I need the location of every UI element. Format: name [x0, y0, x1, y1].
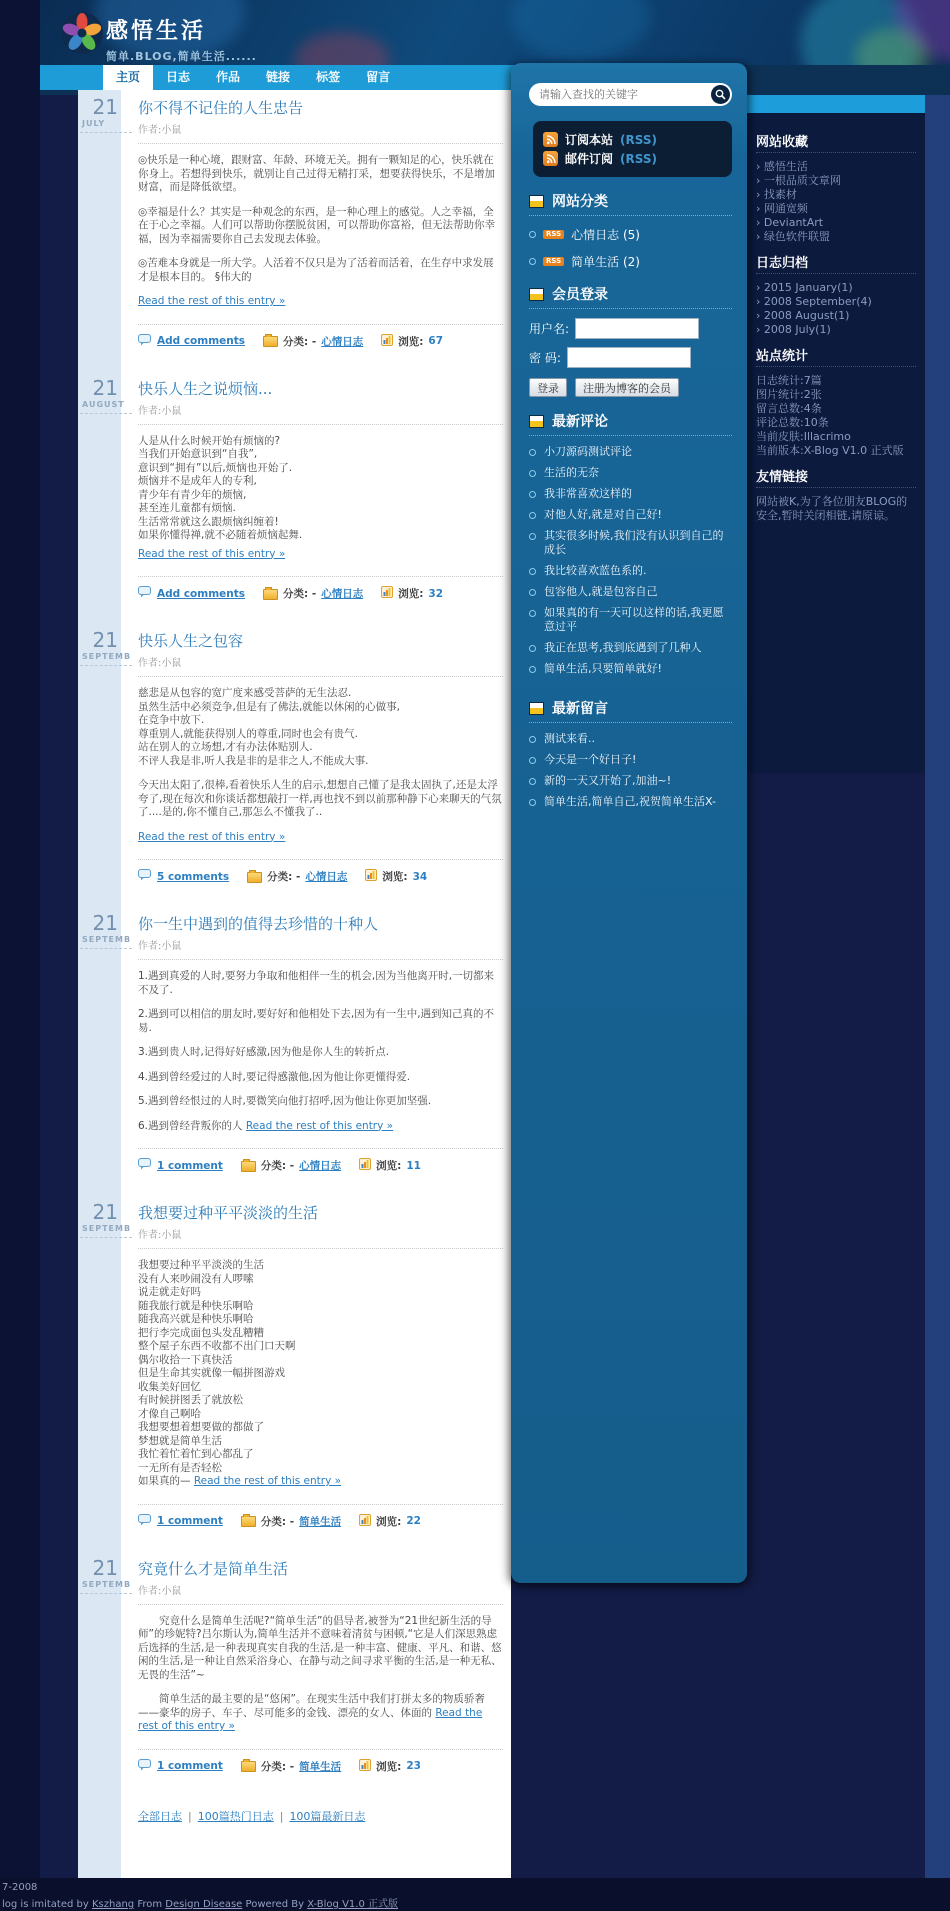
post-line: 虽然生活中必须竞争,但是有了佛法,就能以休闲的心做事, [138, 701, 503, 715]
register-button[interactable]: 注册为博客的会员 [575, 378, 679, 397]
post-line: 整个屋子东西不收都不出门口天啊 [138, 1340, 503, 1354]
views-count: 23 [406, 1760, 421, 1772]
comment-bubble-icon [138, 334, 152, 349]
all-posts-link[interactable]: 全部日志 [138, 1810, 182, 1823]
rss-badge[interactable]: RSS [543, 230, 564, 239]
post-line: 我想要过种平平淡淡的生活 [138, 1259, 503, 1273]
post-line: 烦恼并不是成年人的专利, [138, 475, 503, 489]
footer-year: 7-2008 [0, 1878, 950, 1893]
post-month: SEPTEMB [80, 1579, 132, 1594]
archive-link[interactable]: 2008 August(1) [756, 309, 916, 323]
recent-comment-item: 对他人好,就是对自己好! [529, 508, 732, 522]
posts-column: 21 JULY 你不得不记住的人生忠告 作者:小鼠 ◎快乐是一种心境，跟财富、年… [78, 90, 511, 1878]
meta-separator [138, 859, 503, 860]
section-divider [756, 273, 916, 274]
views-icon [359, 1514, 371, 1529]
blog-post: 21 SEPTEMB 你一生中遇到的值得去珍惜的十种人 作者:小鼠 1.遇到真爱… [138, 914, 503, 1173]
recent-comment-link[interactable]: 我非常喜欢这样的 [544, 487, 632, 501]
footer-author-link[interactable]: Kszhang [92, 1899, 134, 1910]
favorite-link[interactable]: 找素材 [756, 188, 916, 202]
comment-bubble-icon [138, 1158, 152, 1173]
views-label: 浏览: [376, 1759, 401, 1774]
folder-icon [263, 336, 278, 347]
post-line-prefix: 简单生活的最主要的是“悠闲”。在现实生活中我们打拼太多的物质骄奢——豪华的房子、… [138, 1693, 485, 1719]
category-label: 分类: - [267, 869, 300, 884]
views-icon [381, 334, 393, 349]
comments-link[interactable]: 1 comment [157, 1760, 223, 1772]
section-title: 友情链接 [756, 466, 916, 485]
post-title-link[interactable]: 你不得不记住的人生忠告 [138, 99, 303, 117]
bottom-links: 全部日志|100篇热门日志|100篇最新日志 [138, 1808, 503, 1824]
views-count: 11 [406, 1160, 421, 1172]
post-line: 尊重别人,就能获得别人的尊重,同时也会有贵气. [138, 728, 503, 742]
post-day: 21 [80, 377, 132, 399]
views-icon [359, 1158, 371, 1173]
section-divider [529, 722, 732, 723]
post-title-link[interactable]: 究竟什么才是简单生活 [138, 1560, 288, 1578]
post-month: SEPTEMB [80, 651, 132, 666]
post-line: 人是从什么时候开始有烦恼的? [138, 435, 503, 449]
views-count: 67 [428, 335, 443, 347]
subscribe-mail-link[interactable]: 邮件订阅 [565, 150, 613, 167]
recent-comment-link[interactable]: 其实很多时候,我们没有认识到自己的成长 [544, 529, 732, 557]
read-more-link[interactable]: Read the rest of this entry » [138, 295, 285, 307]
folder-icon [263, 589, 278, 600]
post-line: 生活常常就这么跟烦恼纠缠着! [138, 516, 503, 530]
favorite-link[interactable]: DeviantArt [756, 216, 916, 230]
nav-tab-links[interactable]: 链接 [253, 65, 303, 90]
login-section: 会员登录 用户名: 密 码: 登录 注册为博客的会员 [529, 284, 732, 397]
category-link[interactable]: 心情日志 [321, 586, 363, 601]
recent-message-link[interactable]: 新的一天又开始了,加油~! [544, 774, 671, 788]
post-body: 我想要过种平平淡淡的生活 没有人来吵闹没有人啰嗦 说走就走好吗 随我旅行就是种快… [138, 1259, 503, 1489]
post-title-link[interactable]: 快乐人生之包容 [138, 632, 243, 650]
site-identity: 感悟生活 简单.BLOG,简单生活...... [106, 14, 257, 64]
recent-message-item: 新的一天又开始了,加油~! [529, 774, 732, 788]
categories-section: 网站分类 RSS 心情日志 (5) RSS 简单生活 (2) [529, 191, 732, 270]
post-month: SEPTEMB [80, 1223, 132, 1238]
link-separator: | [280, 1810, 284, 1823]
views-count: 32 [428, 588, 443, 600]
rss-feed-icon [543, 151, 558, 166]
post-list-item: 6.遇到曾经背叛你的人 Read the rest of this entry … [138, 1120, 503, 1134]
middle-sidebar: 订阅本站 (RSS) 邮件订阅 (RSS) 网站分类 RSS 心情日志 (5) … [511, 63, 747, 1583]
post-meta: 1 comment 分类: - 心情日志 浏览: 11 [138, 1158, 503, 1173]
nav-tab-guestbook[interactable]: 留言 [353, 65, 403, 90]
category-link[interactable]: 简单生活 [299, 1759, 341, 1774]
archive-link[interactable]: 2008 July(1) [756, 323, 916, 337]
post-line: 有时候拼图丢了就放松 [138, 1394, 503, 1408]
post-line: 随我旅行就是种快乐啊哈 [138, 1300, 503, 1314]
section-divider [529, 435, 732, 436]
bullet-icon [529, 610, 536, 617]
post-line: 才像自己啊哈 [138, 1408, 503, 1422]
section-icon [529, 702, 544, 715]
stat-line: 当前版本:X-Blog V1.0 正式版 [756, 444, 916, 458]
read-more-link[interactable]: Read the rest of this entry » [246, 1120, 393, 1132]
views-label: 浏览: [376, 1514, 401, 1529]
post-month: AUGUST [80, 399, 132, 414]
nav-tab-posts[interactable]: 日志 [153, 65, 203, 90]
post-line: 不评人我是非,听人我是非的是非之人,不能成大事. [138, 755, 503, 769]
category-label: 分类: - [283, 586, 316, 601]
post-line: 意识到“拥有”以后,烦恼也开始了. [138, 462, 503, 476]
recent-message-item: 测试来看.. [529, 732, 732, 746]
archive-link[interactable]: 2008 September(4) [756, 295, 916, 309]
section-icon [529, 288, 544, 301]
bullet-icon [529, 778, 536, 785]
views-label: 浏览: [398, 334, 423, 349]
post-author: 作者:小鼠 [138, 1223, 503, 1249]
category-item: RSS 简单生活 (2) [529, 253, 732, 270]
password-field[interactable] [567, 347, 691, 368]
views-label: 浏览: [398, 586, 423, 601]
post-month: JULY [80, 118, 132, 133]
recent-message-link[interactable]: 简单生活,简单自己,祝贺简单生活X- [544, 795, 716, 809]
post-line: 慈悲是从包容的宽广度来感受菩萨的无生法忍. [138, 687, 503, 701]
post-day: 21 [80, 1557, 132, 1579]
bullet-icon [529, 449, 536, 456]
favorites-section: 网站收藏 感悟生活 一根品质文章网 找素材 网通宽频 DeviantArt 绿色… [756, 131, 916, 244]
recent-comment-link[interactable]: 生活的无奈 [544, 466, 599, 480]
bullet-icon [529, 666, 536, 673]
recent-message-item: 今天是一个好日子! [529, 753, 732, 767]
post-month: SEPTEMB [80, 934, 132, 949]
section-title: 站点统计 [756, 345, 916, 364]
site-title: 感悟生活 [106, 14, 257, 45]
read-more-link[interactable]: Read the rest of this entry » [138, 548, 285, 560]
views-icon [381, 586, 393, 601]
stat-line: 日志统计:7篇 [756, 374, 916, 388]
post-line-prefix: 如果真的— [138, 1475, 194, 1487]
nav-tab-home[interactable]: 主页 [103, 65, 153, 90]
category-label: 分类: - [283, 334, 316, 349]
password-label: 密 码: [529, 349, 561, 366]
post-paragraph: ◎苦难本身就是一所大学。人活着不仅只是为了活着而活着，在生存中求发展才是根本目的… [138, 257, 503, 284]
recent-comment-item: 我比较喜欢蓝色系的. [529, 564, 732, 578]
section-title: 最新评论 [552, 411, 608, 431]
post-date: 21 JULY [80, 96, 132, 133]
post-line: 一无所有是否轻松 [138, 1462, 503, 1476]
right-sidebar: 网站收藏 感悟生活 一根品质文章网 找素材 网通宽频 DeviantArt 绿色… [747, 113, 925, 773]
comment-bubble-icon [138, 1759, 152, 1774]
archives-section: 日志归档 2015 January(1) 2008 September(4) 2… [756, 252, 916, 337]
category-link[interactable]: 心情日志 [299, 1158, 341, 1173]
post-meta: 5 comments 分类: - 心情日志 浏览: 34 [138, 869, 503, 884]
hot-posts-link[interactable]: 100篇热门日志 [198, 1810, 274, 1823]
section-title: 网站分类 [552, 191, 608, 211]
rss-suffix: (RSS) [620, 152, 657, 166]
section-title: 最新留言 [552, 698, 608, 718]
section-divider [756, 366, 916, 367]
recent-comment-link[interactable]: 对他人好,就是对自己好! [544, 508, 662, 522]
friend-links-section: 友情链接 网站被K,为了各位朋友BLOG的安全,暂时关闭相链,请原谅。 [756, 466, 916, 523]
category-item: RSS 心情日志 (5) [529, 226, 732, 243]
post-list-item: 4.遇到曾经爱过的人时,要记得感激他,因为他让你更懂得爱. [138, 1071, 503, 1085]
rss-badge[interactable]: RSS [543, 257, 564, 266]
post-list-item: 2.遇到可以相信的朋友时,要好好和他相处下去,因为有一生中,遇到知己真的不易. [138, 1008, 503, 1035]
footer-design-link[interactable]: Design Disease [165, 1899, 242, 1910]
recent-comment-link[interactable]: 简单生活,只要简单就好! [544, 662, 662, 676]
login-button[interactable]: 登录 [529, 378, 567, 397]
meta-separator [138, 1504, 503, 1505]
section-title: 会员登录 [552, 284, 608, 304]
blog-post: 21 AUGUST 快乐人生之说烦恼... 作者:小鼠 人是从什么时候开始有烦恼… [138, 379, 503, 602]
recent-comment-link[interactable]: 小刀源码测试评论 [544, 445, 632, 459]
footer-engine-link[interactable]: X-Blog V1.0 正式版 [307, 1899, 398, 1910]
nav-spacer [40, 65, 103, 90]
comment-bubble-icon [138, 869, 152, 884]
nav-tab-works[interactable]: 作品 [203, 65, 253, 90]
section-divider [529, 308, 732, 309]
views-icon [365, 869, 377, 884]
post-line: 我想要想着想要做的都做了 [138, 1421, 503, 1435]
post-title-link[interactable]: 快乐人生之说烦恼... [138, 380, 272, 398]
post-date: 21 AUGUST [80, 377, 132, 414]
favorite-link[interactable]: 绿色软件联盟 [756, 230, 916, 244]
post-line: 6.遇到曾经背叛你的人 [138, 1120, 246, 1132]
meta-separator [138, 1749, 503, 1750]
recent-comment-item: 我正在思考,我到底遇到了几种人 [529, 641, 732, 655]
recent-comment-link[interactable]: 如果真的有一天可以这样的话,我更愿意过平 [544, 606, 732, 634]
decorative-swirl [295, 32, 390, 65]
section-divider [756, 152, 916, 153]
footer-credit-text: log is imitated by [2, 1899, 92, 1910]
post-day: 21 [80, 629, 132, 651]
recent-comment-item: 生活的无奈 [529, 466, 732, 480]
section-divider [756, 487, 916, 488]
bullet-icon [529, 258, 536, 265]
post-title-link[interactable]: 你一生中遇到的值得去珍惜的十种人 [138, 915, 378, 933]
decorative-swirl [510, 0, 650, 60]
bullet-icon [529, 231, 536, 238]
recent-message-item: 简单生活,简单自己,祝贺简单生活X- [529, 795, 732, 809]
views-count: 34 [413, 871, 428, 883]
meta-separator [138, 1148, 503, 1149]
recent-comment-item: 其实很多时候,我们没有认识到自己的成长 [529, 529, 732, 557]
views-label: 浏览: [382, 869, 407, 884]
post-line: 没有人来吵闹没有人啰嗦 [138, 1273, 503, 1287]
category-label: 分类: - [261, 1514, 294, 1529]
bullet-icon [529, 568, 536, 575]
subscribe-box: 订阅本站 (RSS) 邮件订阅 (RSS) [533, 121, 732, 177]
post-line: 说走就走好吗 [138, 1286, 503, 1300]
post-paragraph: 究竟什么是简单生活呢?“简单生活”的倡导者,被誉为“21世纪新生活的导师”的珍妮… [138, 1615, 503, 1683]
page-footer: 7-2008 log is imitated by Kszhang From D… [0, 1878, 950, 1911]
section-icon [529, 195, 544, 208]
folder-icon [241, 1761, 256, 1772]
post-date: 21 SEPTEMB [80, 629, 132, 666]
right-edge-strip [925, 95, 950, 1878]
meta-separator [138, 324, 503, 325]
category-item-link[interactable]: 简单生活 (2) [571, 253, 640, 270]
post-meta: 1 comment 分类: - 简单生活 浏览: 22 [138, 1514, 503, 1529]
views-count: 22 [406, 1515, 421, 1527]
post-title-link[interactable]: 我想要过种平平淡淡的生活 [138, 1204, 318, 1222]
blog-post: 21 SEPTEMB 我想要过种平平淡淡的生活 作者:小鼠 我想要过种平平淡淡的… [138, 1203, 503, 1529]
bullet-icon [529, 799, 536, 806]
footer-credit-text: From [134, 1899, 165, 1910]
recent-messages-section: 最新留言 测试来看.. 今天是一个好日子! 新的一天又开始了,加油~! 简单生活… [529, 698, 732, 809]
meta-separator [138, 576, 503, 577]
post-line: 如果你懂得禅,就不必随着烦恼起舞. [138, 529, 503, 543]
recent-comment-item: 小刀源码测试评论 [529, 445, 732, 459]
post-body: 人是从什么时候开始有烦恼的? 当我们开始意识到“自我”, 意识到“拥有”以后,烦… [138, 435, 503, 562]
folder-icon [247, 872, 262, 883]
post-line: 当我们开始意识到“自我”, [138, 448, 503, 462]
friend-links-note: 网站被K,为了各位朋友BLOG的安全,暂时关闭相链,请原谅。 [756, 495, 916, 523]
bullet-icon [529, 757, 536, 764]
post-line: 收集美好回忆 [138, 1381, 503, 1395]
post-paragraph: ◎快乐是一种心境，跟财富、年龄、环境无关。拥有一颗知足的心，快乐就在你身上。若想… [138, 154, 503, 195]
post-body: 1.遇到真爱的人时,要努力争取和他相伴一生的机会,因为当他离开时,一切都来不及了… [138, 970, 503, 1133]
comment-bubble-icon [138, 1514, 152, 1529]
category-link[interactable]: 心情日志 [321, 334, 363, 349]
site-subtitle: 简单.BLOG,简单生活...... [106, 48, 257, 64]
blog-post: 21 SEPTEMB 快乐人生之包容 作者:小鼠 慈悲是从包容的宽广度来感受菩萨… [138, 631, 503, 884]
post-line: 甚至连儿童都有烦恼. [138, 502, 503, 516]
favorite-link[interactable]: 感悟生活 [756, 160, 916, 174]
link-separator: | [188, 1810, 192, 1823]
post-line: 随我高兴就是种快乐啊哈 [138, 1313, 503, 1327]
post-day: 21 [80, 1201, 132, 1223]
bullet-icon [529, 470, 536, 477]
latest-posts-link[interactable]: 100篇最新日志 [289, 1810, 365, 1823]
stat-line: 评论总数:10条 [756, 416, 916, 430]
comments-link[interactable]: 1 comment [157, 1160, 223, 1172]
rss-feed-icon [543, 132, 558, 147]
bullet-icon [529, 512, 536, 519]
recent-comments-section: 最新评论 小刀源码测试评论 生活的无奈 我非常喜欢这样的 对他人好,就是对自己好… [529, 411, 732, 676]
footer-credit-text: Powered By [242, 1899, 307, 1910]
search-icon [715, 89, 726, 100]
blog-post: 21 SEPTEMB 究竟什么才是简单生活 作者:小鼠 究竟什么是简单生活呢?“… [138, 1559, 503, 1774]
recent-message-link[interactable]: 今天是一个好日子! [544, 753, 636, 767]
post-line: 我忙着忙着忙到心都乱了 [138, 1448, 503, 1462]
section-title: 网站收藏 [756, 131, 916, 150]
category-link[interactable]: 简单生活 [299, 1514, 341, 1529]
read-more-link[interactable]: Read the rest of this entry » [194, 1475, 341, 1487]
bullet-icon [529, 589, 536, 596]
subscribe-site-link[interactable]: 订阅本站 [565, 131, 613, 148]
recent-comment-link[interactable]: 包容他人,就是包容自己 [544, 585, 658, 599]
recent-comment-item: 如果真的有一天可以这样的话,我更愿意过平 [529, 606, 732, 634]
post-line: 梦想就是简单生活 [138, 1435, 503, 1449]
folder-icon [241, 1516, 256, 1527]
section-title: 日志归档 [756, 252, 916, 271]
post-line: 站在别人的立场想,才有办法体贴别人. [138, 741, 503, 755]
bullet-icon [529, 645, 536, 652]
post-date: 21 SEPTEMB [80, 1201, 132, 1238]
username-field[interactable] [575, 318, 699, 339]
post-author: 作者:小鼠 [138, 1579, 503, 1605]
stats-section: 站点统计 日志统计:7篇 图片统计:2张 留言总数:4条 评论总数:10条 当前… [756, 345, 916, 458]
stat-line: 留言总数:4条 [756, 402, 916, 416]
bullet-icon [529, 736, 536, 743]
username-label: 用户名: [529, 320, 569, 337]
category-item-link[interactable]: 心情日志 (5) [571, 226, 640, 243]
post-author: 作者:小鼠 [138, 651, 503, 677]
post-meta: 1 comment 分类: - 简单生活 浏览: 23 [138, 1759, 503, 1774]
search-button[interactable] [711, 85, 730, 104]
post-author: 作者:小鼠 [138, 118, 503, 144]
post-date: 21 SEPTEMB [80, 1557, 132, 1594]
footer-credits: log is imitated by Kszhang From Design D… [0, 1893, 950, 1910]
post-body: 慈悲是从包容的宽广度来感受菩萨的无生法忍. 虽然生活中必须竞争,但是有了佛法,就… [138, 687, 503, 844]
post-paragraph: ◎幸福是什么？其实是一种观念的东西，是一种心理上的感觉。人之幸福，全在于心之幸福… [138, 206, 503, 247]
post-line: 偶尔收拾一下真快活 [138, 1354, 503, 1368]
recent-message-link[interactable]: 测试来看.. [544, 732, 595, 746]
post-list-item: 1.遇到真爱的人时,要努力争取和他相伴一生的机会,因为当他离开时,一切都来不及了… [138, 970, 503, 997]
post-paragraph: 今天出太阳了,很棒,看着快乐人生的启示,想想自己懂了是我太固执了,还是太浮夸了,… [138, 779, 503, 820]
comments-link[interactable]: Add comments [157, 588, 245, 600]
recent-comment-item: 我非常喜欢这样的 [529, 487, 732, 501]
post-line: 但是生命其实就像一幅拼图游戏 [138, 1367, 503, 1381]
post-date: 21 SEPTEMB [80, 912, 132, 949]
post-day: 21 [80, 912, 132, 934]
favorite-link[interactable]: 一根品质文章网 [756, 174, 916, 188]
post-line: 青少年有青少年的烦恼, [138, 489, 503, 503]
archive-link[interactable]: 2015 January(1) [756, 281, 916, 295]
post-list-item: 5.遇到曾经恨过的人时,要微笑向他打招呼,因为他让你更加坚强. [138, 1095, 503, 1109]
post-paragraph: 简单生活的最主要的是“悠闲”。在现实生活中我们打拼太多的物质骄奢——豪华的房子、… [138, 1693, 503, 1734]
stat-line: 图片统计:2张 [756, 388, 916, 402]
blog-page: 感悟生活 简单.BLOG,简单生活...... 主页 日志 作品 链接 标签 留… [0, 0, 950, 1911]
recent-comment-link[interactable]: 我比较喜欢蓝色系的. [544, 564, 647, 578]
comments-link[interactable]: Add comments [157, 335, 245, 347]
right-sidebar-top-strip [747, 95, 925, 113]
post-line: 把行李完成面包头发乱糟糟 [138, 1327, 503, 1341]
recent-comment-item: 简单生活,只要简单就好! [529, 662, 732, 676]
comments-link[interactable]: 5 comments [157, 871, 229, 883]
nav-tab-tags[interactable]: 标签 [303, 65, 353, 90]
post-list-item: 3.遇到贵人时,记得好好感激,因为他是你人生的转折点. [138, 1046, 503, 1060]
comments-link[interactable]: 1 comment [157, 1515, 223, 1527]
post-author: 作者:小鼠 [138, 399, 503, 425]
post-author: 作者:小鼠 [138, 934, 503, 960]
post-body: 究竟什么是简单生活呢?“简单生活”的倡导者,被誉为“21世纪新生活的导师”的珍妮… [138, 1615, 503, 1734]
favorite-link[interactable]: 网通宽频 [756, 202, 916, 216]
site-header: 感悟生活 简单.BLOG,简单生活...... [40, 0, 950, 65]
read-more-link[interactable]: Read the rest of this entry » [138, 831, 285, 843]
bullet-icon [529, 491, 536, 498]
recent-comment-link[interactable]: 我正在思考,我到底遇到了几种人 [544, 641, 702, 655]
post-line: 如果真的— Read the rest of this entry » [138, 1475, 503, 1489]
views-icon [359, 1759, 371, 1774]
section-divider [529, 215, 732, 216]
section-icon [529, 415, 544, 428]
blog-post: 21 JULY 你不得不记住的人生忠告 作者:小鼠 ◎快乐是一种心境，跟财富、年… [138, 98, 503, 349]
recent-comment-item: 包容他人,就是包容自己 [529, 585, 732, 599]
post-line: 在竞争中放下. [138, 714, 503, 728]
stat-line: 当前皮肤:Illacrimo [756, 430, 916, 444]
folder-icon [241, 1161, 256, 1172]
category-link[interactable]: 心情日志 [305, 869, 347, 884]
post-body: ◎快乐是一种心境，跟财富、年龄、环境无关。拥有一颗知足的心，快乐就在你身上。若想… [138, 154, 503, 309]
search-box [529, 83, 732, 106]
category-label: 分类: - [261, 1759, 294, 1774]
rss-suffix: (RSS) [620, 133, 657, 147]
post-meta: Add comments 分类: - 心情日志 浏览: 32 [138, 586, 503, 601]
post-day: 21 [80, 96, 132, 118]
post-meta: Add comments 分类: - 心情日志 浏览: 67 [138, 334, 503, 349]
site-logo-icon[interactable] [60, 11, 104, 55]
views-label: 浏览: [376, 1158, 401, 1173]
bullet-icon [529, 533, 536, 540]
category-label: 分类: - [261, 1158, 294, 1173]
search-input[interactable] [529, 83, 732, 106]
comment-bubble-icon [138, 586, 152, 601]
